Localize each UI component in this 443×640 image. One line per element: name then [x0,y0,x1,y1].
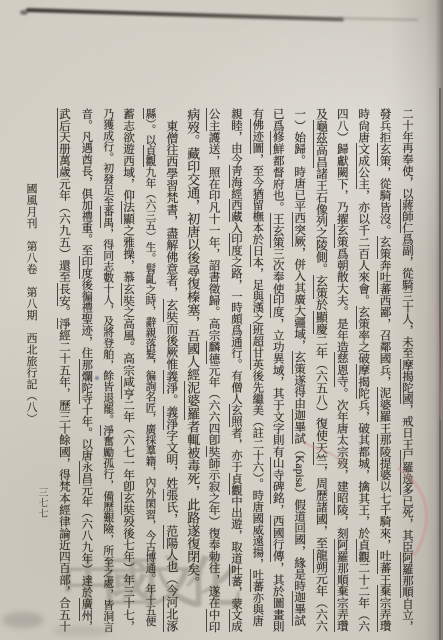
text-column: 音。凡遇酋長，俱加禮重。至印度後徧禮聖迹，住那爛陀寺十年。以唐永昌元年（六八九年… [78,108,93,632]
paper-stain [52,626,112,636]
ink-speck [124,116,127,119]
text-column: 親睦，由今靑海經西藏入印度之路，一時頗爲通行。有僧人玄照者，亦于貞觀中出遊，取道… [228,108,243,632]
ink-speck [20,10,28,15]
proper-noun-mark: 蔣師仁 [400,199,414,233]
proper-noun-mark: 阿羅那順 [400,552,414,598]
proper-noun-mark: 貞觀 [143,145,157,166]
journal-label: 國風月刊 第八卷 第八期 西北旅行記（八） [24,183,37,425]
proper-noun-mark: 西國行傳 [270,515,285,562]
proper-noun-mark: 淨 [57,318,72,330]
text-column: 有佛迹圖，至今猶留橅本於日本，足與漢之班超甘英後先繼美（註二十六）。時唐國威遠揚… [249,108,264,626]
proper-noun-mark: 山寺碑銘 [270,457,285,504]
proper-noun-mark: 文成 [229,609,243,632]
proper-noun-mark: 法顯 [121,201,136,224]
text-column: 一）始歸。時唐已平西突厥，併入其廣大疆域，玄策遂得由迦畢試（Kapisa）假道回… [292,108,307,626]
proper-noun-mark: 玄策 [377,143,392,166]
proper-noun-mark: 麟德 [206,341,221,364]
proper-noun-mark: 那爛陀寺 [79,359,93,405]
text-column: 二十年再奉使，以蔣師仁爲副，從騎三十人，未至摩揭陀國，戒日王尸羅逸多已死，其臣阿… [399,108,414,632]
text-column: 蓄志欲遊西域，仰法顯之雅操，慕玄奘之高風。高宗咸亨二年（六七一年卽玄奘殁後七年）… [121,108,136,632]
proper-noun-mark: 西藏 [229,199,243,222]
page-number: 三七七 [34,487,49,519]
proper-noun-mark: 義淨 [163,406,179,430]
proper-noun-mark: 甘英 [250,347,264,370]
proper-noun-mark: 慈恩寺 [334,352,349,387]
proper-noun-mark: 印度 [79,256,93,279]
proper-noun-mark: 吐蕃 [377,550,392,573]
paper-stain [2,612,44,628]
proper-noun-mark: 西突厥 [292,212,307,247]
proper-noun-mark: 天竺 [313,442,329,466]
proper-noun-mark: 佛迹圖 [250,119,264,153]
ink-speck [95,376,99,380]
proper-noun-mark: 印度 [270,294,285,317]
proper-noun-mark: 修鮮 [270,131,285,154]
proper-noun-mark: 貞觀 [229,473,243,496]
proper-noun-mark: 棄宗弄瓚 [334,585,349,632]
proper-noun-mark: 公主 [206,108,221,131]
proper-noun-mark: 尸羅逸多 [400,450,414,496]
proper-noun-mark: 永昌 [79,461,93,484]
text-column: 武后天册萬歲元年（六九五）還至長安。淨經二十五年，歷三十餘國，得梵本經律論近四百… [57,108,72,632]
text-column: 及龜茲高昌諸王石像列之陵側。玄策於顯慶二年（六五八）復使天竺，周歷諸國，至龍朔元… [314,108,329,632]
proper-noun-mark: 高昌 [313,144,329,168]
proper-noun-mark: 玄奘 [121,492,136,515]
proper-noun-mark: 王玄策 [270,213,285,248]
proper-noun-mark: 吐蕃 [377,271,392,294]
proper-noun-mark: 玄策 [313,275,329,299]
proper-noun-mark: 中印 [206,609,221,632]
proper-noun-mark: 摩揭陀 [356,364,371,399]
proper-noun-mark: 玄策 [292,351,307,374]
proper-noun-mark: 義淨 [163,370,179,394]
proper-noun-mark: 龜茲 [313,120,329,144]
proper-noun-mark: 玄奘 [163,299,179,323]
proper-noun-mark: 顯慶 [313,311,329,335]
proper-noun-mark: 龍朔 [313,549,329,573]
proper-noun-mark: 班超 [250,324,264,347]
proper-noun-mark: 摩揭陀國 [400,359,414,405]
proper-noun-mark: 靑海 [229,165,243,188]
proper-noun-mark: 玄策 [334,224,349,247]
proper-noun-mark: 廣州 [79,598,93,621]
proper-noun-mark: 玄策 [377,236,392,259]
proper-noun-mark: 棄宗弄瓚 [377,585,392,632]
proper-noun-mark: 武后 [57,108,72,131]
proper-noun-mark: 玄奘 [121,283,136,306]
text-block: 二十年再奉使，以蔣師仁爲副，從騎三十人，未至摩揭陀國，戒日王尸羅逸多已死，其臣阿… [57,108,414,636]
proper-noun-mark: 玄策 [356,306,371,329]
text-column: 公主護送，照在印凡十一年，詔書徵歸。高宗麟德元年（六六四卽奘師示寂之年）復奉勅往… [207,108,222,632]
proper-noun-mark: 文成公主 [356,143,371,190]
proper-noun-mark: 縣 [143,108,157,119]
proper-noun-mark: 范陽 [163,525,179,549]
proper-noun-mark: 玄照 [229,404,243,427]
proper-noun-mark: 貞觀 [356,539,371,562]
gutter-shadow [435,0,443,640]
proper-noun-mark: 天册萬歲 [57,131,72,178]
proper-noun-mark: 日本 [250,245,264,268]
proper-noun-mark: 淨 [100,425,114,436]
proper-noun-mark: 迦畢試 [292,591,307,626]
text-column: 四八）歸獻闕下，乃擢玄策爲朝散大夫。是年造慈恩寺。次年唐太宗歿，建昭陵，刻阿羅那… [335,108,350,632]
proper-noun-mark: 泥婆羅 [184,381,201,420]
proper-noun-mark: 那陵提婆 [377,434,392,481]
proper-noun-mark: 河北涿 [163,596,179,632]
text-column: 時尙唐文成公主，亦以千二百人來會。玄策率之破摩揭陀兵，破其都城，擒其王，於貞觀二… [356,108,371,632]
proper-noun-mark: 吐蕃 [229,564,243,587]
proper-noun-mark: 阿羅那順 [334,539,349,586]
proper-noun-mark: 泥婆羅 [377,387,392,422]
proper-noun-mark: 長安 [57,283,72,306]
text-column: 縣）。以貞觀九年（六三五）生。髫齓之時，辭親落髮，徧詢名匠，廣採羣籍，內外閑習，… [143,108,158,627]
proper-noun-mark: 張 [163,489,179,501]
proper-noun-mark: 番禺 [100,206,114,228]
proper-noun-mark: 咸亨 [121,376,136,399]
proper-noun-mark: 吐蕃 [250,569,264,592]
proper-noun-mark: 奘 [206,446,221,458]
text-column: 已爲修鮮都督府也。王玄策三次奉使印度，立功異域，其于文字則有山寺碑銘，西國行傳，… [271,108,286,632]
text-column: 乃獲成行。初發足至番禺，得同志數十人，及將登舶，餘皆退罷。淨奮勵孤行，備歷艱險，… [100,108,115,632]
text-column: 東僧往西學習梵書，盡解佛意者，玄奘而後厥惟義淨。義淨字文明，姓張氏，范陽人也（今… [164,108,179,632]
proper-noun-mark: 昭陵 [334,492,349,515]
proper-noun-mark: 迦畢試 [292,409,307,444]
text-column: 發兵拒玄策，從騎皆沒。玄策奔吐蕃西鄙，召鄰國兵，泥婆羅王那陵提婆以七千騎來，吐蕃… [378,108,393,632]
text-column: 病歿。藏印交通，初唐以後尋復榛塞，吾國人經泥婆羅者輒被毒死，此路遂復閉矣。 [185,108,200,589]
proper-noun-mark: 印度 [229,233,243,256]
